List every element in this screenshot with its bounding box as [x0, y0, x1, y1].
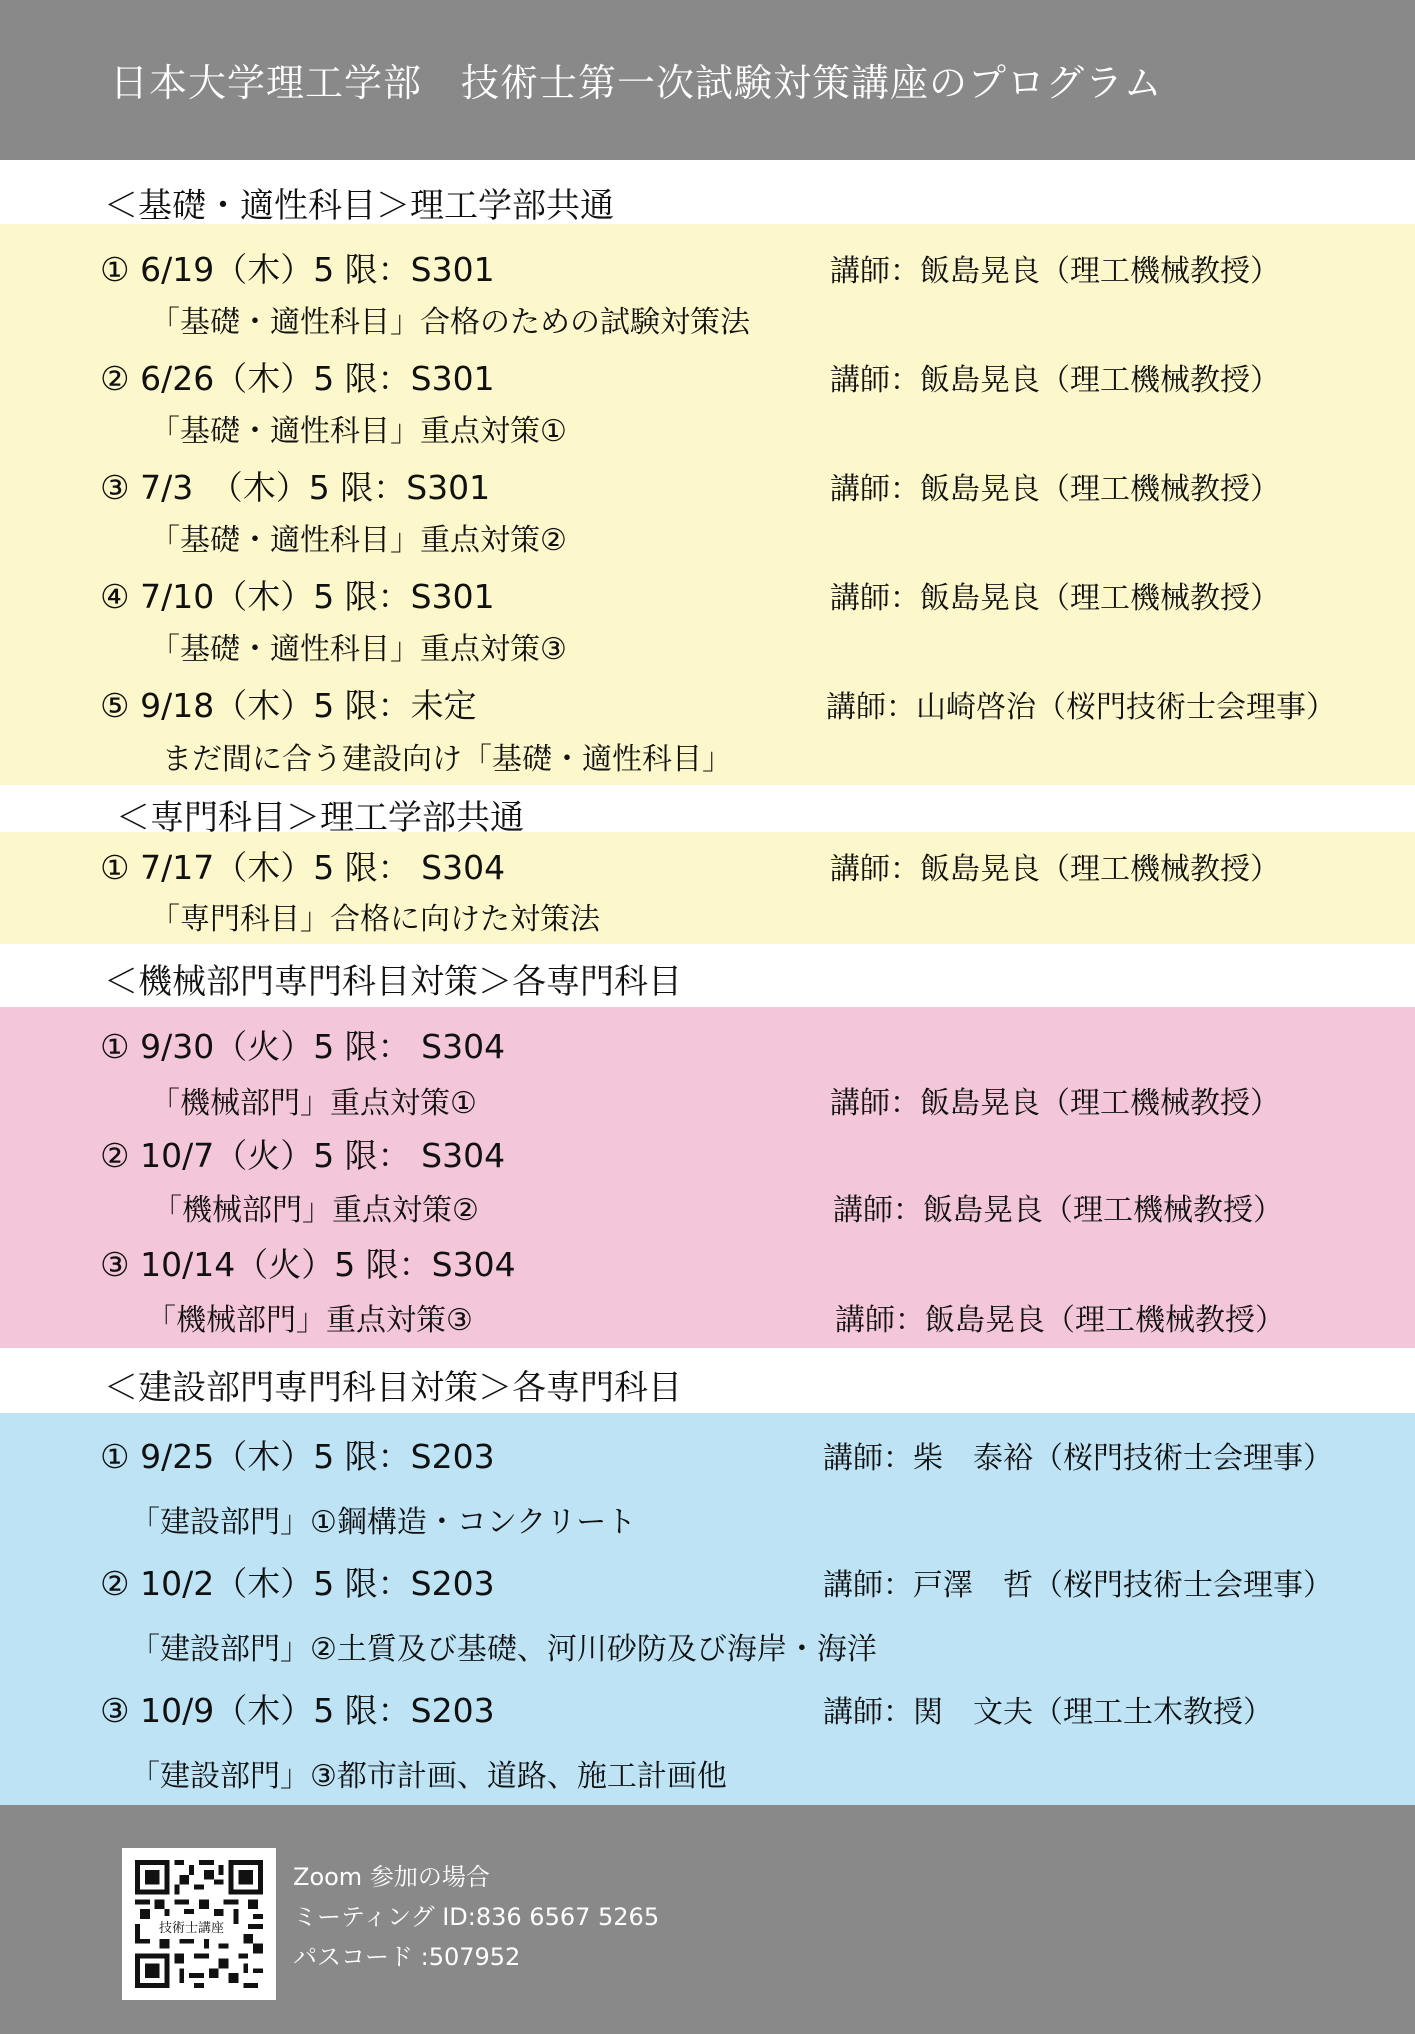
session-topic: 「専門科目」合格に向けた対策法: [150, 894, 600, 938]
zoom-heading: Zoom 参加の場合: [293, 1857, 490, 1892]
session-instructor: 講師：飯島晃良（理工機械教授）: [830, 464, 1280, 508]
session-instructor: 講師：戸澤 哲（桜門技術士会理事）: [823, 1560, 1333, 1604]
session-topic: 「基礎・適性科目」重点対策①: [150, 406, 567, 450]
section-kiso: ① 6/19（木）5 限：S301 講師：飯島晃良（理工機械教授） 「基礎・適性…: [0, 224, 1415, 785]
session-instructor: 講師：飯島晃良（理工機械教授）: [830, 1078, 1280, 1122]
qr-label: 技術士講座: [156, 1916, 227, 1937]
zoom-passcode: パスコード :507952: [293, 1937, 520, 1972]
session-schedule: ③ 10/9（木）5 限：S203: [100, 1685, 495, 1732]
zoom-meeting-id: ミーティング ID:836 6567 5265: [293, 1897, 659, 1932]
section-senmon: ① 7/17（木）5 限： S304 講師：飯島晃良（理工機械教授） 「専門科目…: [0, 832, 1415, 944]
session-topic: 「基礎・適性科目」重点対策③: [150, 624, 567, 668]
session-topic: 「建設部門」③都市計画、道路、施工計画他: [130, 1751, 727, 1795]
session-instructor: 講師：飯島晃良（理工機械教授）: [833, 1185, 1283, 1229]
session-schedule: ① 6/19（木）5 限：S301: [100, 244, 495, 291]
page-title: 日本大学理工学部 技術士第一次試験対策講座のプログラム: [110, 52, 1163, 107]
session-schedule: ③ 10/14（火）5 限：S304: [100, 1239, 516, 1286]
session-schedule: ③ 7/3 （木）5 限：S301: [100, 462, 490, 509]
session-topic: 「機械部門」重点対策①: [150, 1078, 477, 1122]
session-instructor: 講師：飯島晃良（理工機械教授）: [830, 355, 1280, 399]
session-schedule: ④ 7/10（木）5 限：S301: [100, 571, 495, 618]
section-kikai: ① 9/30（火）5 限： S304 「機械部門」重点対策① 講師：飯島晃良（理…: [0, 1007, 1415, 1348]
session-topic: 「建設部門」①鋼構造・コンクリート: [130, 1497, 636, 1541]
header-banner: 日本大学理工学部 技術士第一次試験対策講座のプログラム: [0, 0, 1415, 160]
session-instructor: 講師：飯島晃良（理工機械教授）: [830, 573, 1280, 617]
session-topic: 「機械部門」重点対策②: [152, 1185, 479, 1229]
session-schedule: ① 9/25（木）5 限：S203: [100, 1431, 495, 1478]
session-topic: 「基礎・適性科目」合格のための試験対策法: [150, 297, 750, 341]
session-instructor: 講師：飯島晃良（理工機械教授）: [835, 1295, 1285, 1339]
section-heading-kiso: ＜基礎・適性科目＞理工学部共通: [104, 178, 614, 227]
session-schedule: ① 7/17（木）5 限： S304: [100, 842, 505, 889]
session-topic: 「建設部門」②土質及び基礎、河川砂防及び海岸・海洋: [130, 1624, 877, 1668]
session-topic: 「機械部門」重点対策③: [146, 1295, 473, 1339]
session-schedule: ② 10/2（木）5 限：S203: [100, 1558, 495, 1605]
session-schedule: ② 10/7（火）5 限： S304: [100, 1130, 505, 1177]
session-topic: まだ間に合う建設向け「基礎・適性科目」: [162, 734, 732, 778]
session-schedule: ① 9/30（火）5 限： S304: [100, 1021, 505, 1068]
section-kensetsu: ① 9/25（木）5 限：S203 講師：柴 泰裕（桜門技術士会理事） 「建設部…: [0, 1413, 1415, 1805]
session-schedule: ⑤ 9/18（木）5 限：未定: [100, 680, 477, 727]
section-heading-kikai: ＜機械部門専門科目対策＞各専門科目: [104, 954, 682, 1003]
section-heading-kensetsu: ＜建設部門専門科目対策＞各専門科目: [104, 1360, 682, 1409]
qr-code[interactable]: 技術士講座: [122, 1848, 276, 2000]
session-topic: 「基礎・適性科目」重点対策②: [150, 515, 567, 559]
session-instructor: 講師：飯島晃良（理工機械教授）: [830, 246, 1280, 290]
session-instructor: 講師：関 文夫（理工土木教授）: [823, 1687, 1273, 1731]
session-instructor: 講師：飯島晃良（理工機械教授）: [830, 844, 1280, 888]
session-instructor: 講師：柴 泰裕（桜門技術士会理事）: [823, 1433, 1333, 1477]
session-instructor: 講師：山崎啓治（桜門技術士会理事）: [826, 682, 1336, 726]
session-schedule: ② 6/26（木）5 限：S301: [100, 353, 495, 400]
